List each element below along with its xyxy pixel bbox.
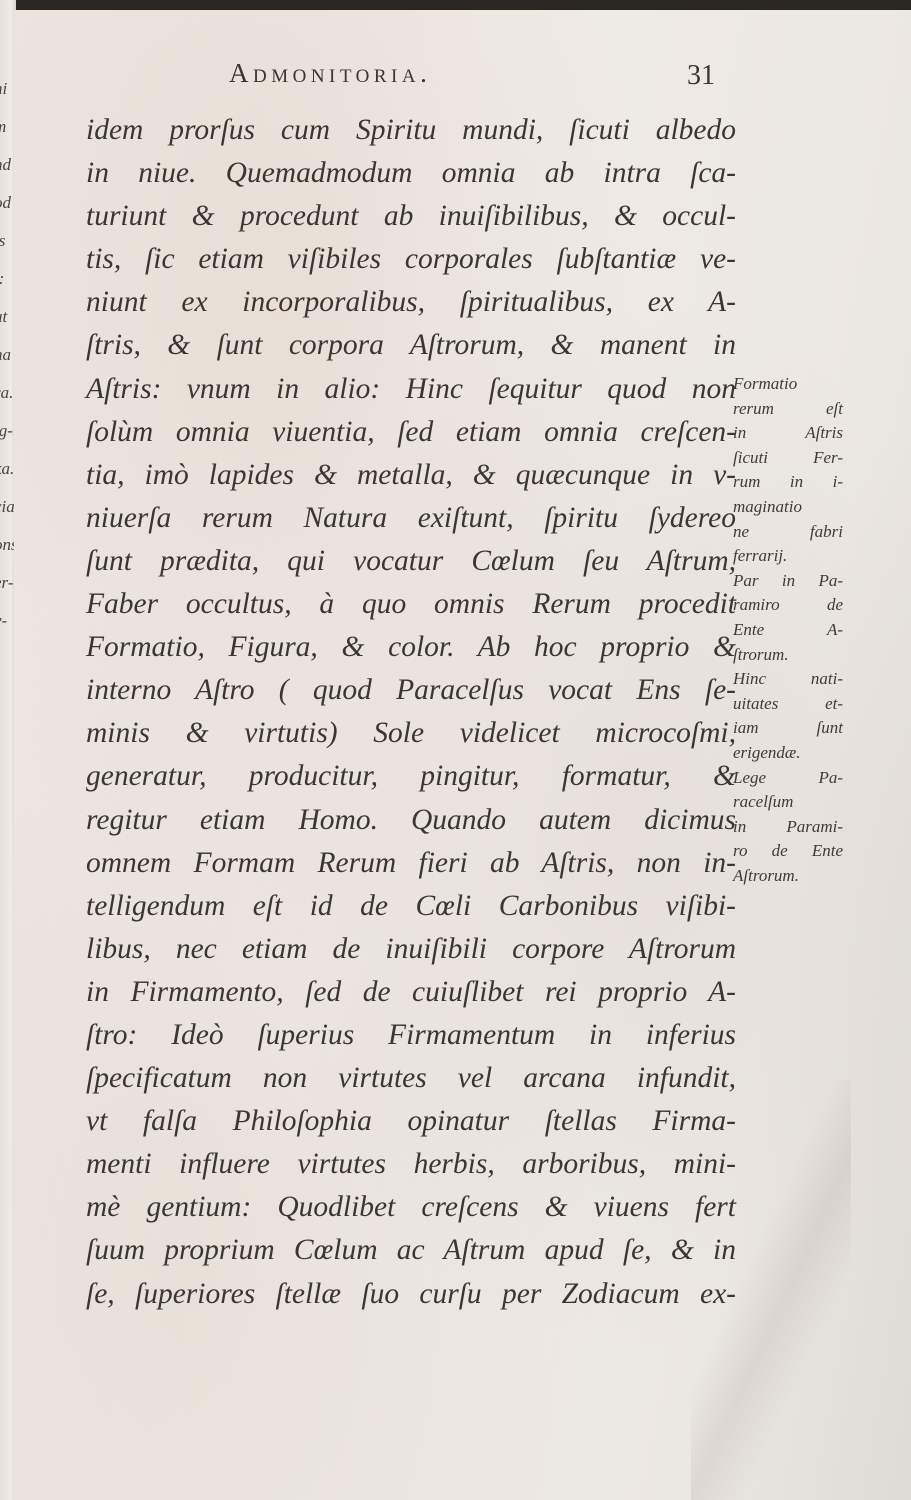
text-line: Faber occultus, à quo omnis Rerum proced… <box>86 583 736 626</box>
margin-note-line: ferrarij. <box>733 544 843 569</box>
margin-note-line: rum in i- <box>733 470 843 495</box>
book-page: Admonitoria. 31 idem prorſus cum Spiritu… <box>14 10 911 1500</box>
text-line: generatur, producitur, pingitur, formatu… <box>86 755 736 798</box>
margin-note-line: Hinc nati- <box>733 667 843 692</box>
text-line: interno Aſtro ( quod Paracelſus vocat En… <box>86 669 736 712</box>
margin-note-line: Aſtrorum. <box>733 864 843 889</box>
margin-note-line: uitates et- <box>733 692 843 717</box>
text-line: ſtro: Ideò ſuperius Firmamentum in infer… <box>86 1014 736 1057</box>
margin-note-line: ro de Ente <box>733 839 843 864</box>
margin-note-line: ramiro de <box>733 593 843 618</box>
margin-note-line: ne fabri <box>733 520 843 545</box>
margin-note-line: Ente A- <box>733 618 843 643</box>
text-line: niuerſa rerum Natura exiſtunt, ſpiritu ſ… <box>86 497 736 540</box>
main-text-block: idem prorſus cum Spiritu mundi, ſicuti a… <box>86 109 736 1316</box>
margin-note-line: Formatio <box>733 372 843 397</box>
book-scan: ni m nd od is t: ut na ra. lg- ka. cia o… <box>0 0 911 1500</box>
margin-note-line: rerum eſt <box>733 397 843 422</box>
text-line: Aſtris: vnum in alio: Hinc ſequitur quod… <box>86 368 736 411</box>
margin-note-line: maginatio <box>733 495 843 520</box>
margin-note-line: racelſum <box>733 790 843 815</box>
running-head: Admonitoria. <box>229 58 431 89</box>
text-line: minis & virtutis) Sole videlicet microco… <box>86 712 736 755</box>
text-line: tis, ſic etiam viſibiles corporales ſubſ… <box>86 238 736 281</box>
text-line: Formatio, Figura, & color. Ab hoc propri… <box>86 626 736 669</box>
margin-note-line: in Aſtris <box>733 421 843 446</box>
text-line: ſuum proprium Cœlum ac Aſtrum apud ſe, &… <box>86 1229 736 1272</box>
text-line: idem prorſus cum Spiritu mundi, ſicuti a… <box>86 109 736 152</box>
margin-note-line: ſicuti Fer- <box>733 446 843 471</box>
text-line: ſpecificatum non virtutes vel arcana inf… <box>86 1057 736 1100</box>
margin-notes: Formatio rerum eſt in Aſtris ſicuti Fer-… <box>733 372 843 888</box>
margin-note-line: Par in Pa- <box>733 569 843 594</box>
page-number: 31 <box>687 60 715 92</box>
text-line: turiunt & procedunt ab inuiſibilibus, & … <box>86 195 736 238</box>
margin-note-line: erigendæ. <box>733 741 843 766</box>
text-line: menti influere virtutes herbis, arboribu… <box>86 1143 736 1186</box>
text-line: telligendum eſt id de Cœli Carbonibus vi… <box>86 885 736 928</box>
text-line: omnem Formam Rerum fieri ab Aſtris, non … <box>86 842 736 885</box>
margin-note-line: Lege Pa- <box>733 766 843 791</box>
text-line: ſunt prædita, qui vocatur Cœlum ſeu Aſtr… <box>86 540 736 583</box>
text-line: libus, nec etiam de inuiſibili corpore A… <box>86 928 736 971</box>
text-line: ſolùm omnia viuentia, ſed etiam omnia cr… <box>86 411 736 454</box>
margin-note-line: in Parami- <box>733 815 843 840</box>
text-line: ſtris, & ſunt corpora Aſtrorum, & manent… <box>86 324 736 367</box>
text-line: niunt ex incorporalibus, ſpiritualibus, … <box>86 281 736 324</box>
text-line: tia, imò lapides & metalla, & quæcunque … <box>86 454 736 497</box>
text-line: in Firmamento, ſed de cuiuſlibet rei pro… <box>86 971 736 1014</box>
text-line: mè gentium: Quodlibet creſcens & viuens … <box>86 1186 736 1229</box>
margin-note-line: iam ſunt <box>733 716 843 741</box>
text-line: ſe, ſuperiores ſtellæ ſuo curſu per Zodi… <box>86 1273 736 1316</box>
text-line: in niue. Quemadmodum omnia ab intra ſca- <box>86 152 736 195</box>
margin-note-line: ſtrorum. <box>733 643 843 668</box>
text-line: regitur etiam Homo. Quando autem dicimus <box>86 799 736 842</box>
text-line: vt falſa Philoſophia opinatur ſtellas Fi… <box>86 1100 736 1143</box>
